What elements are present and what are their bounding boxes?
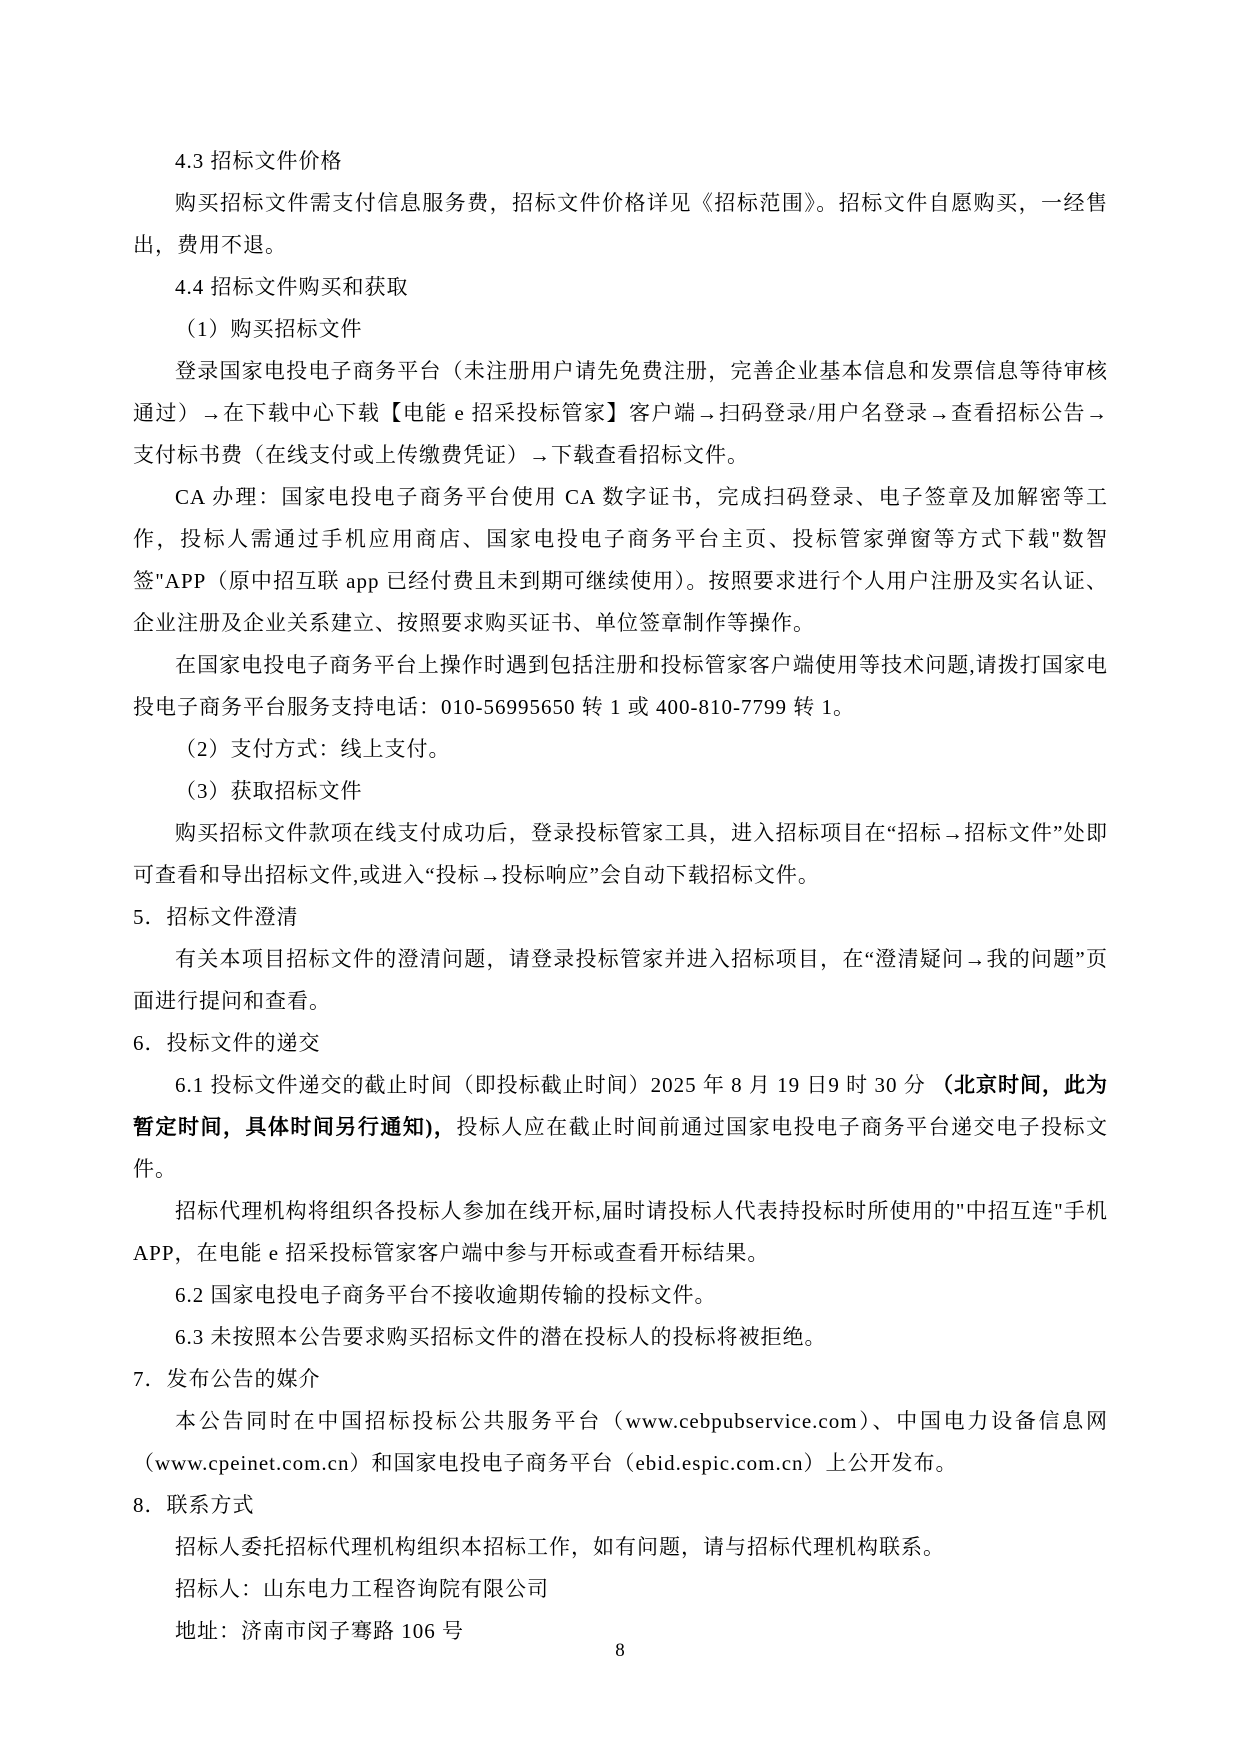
subheading-payment-method: （2）支付方式：线上支付。 bbox=[133, 728, 1108, 770]
para-download-after-payment: 购买招标文件款项在线支付成功后，登录投标管家工具，进入招标项目在“招标→招标文件… bbox=[133, 812, 1108, 896]
para-publication-websites: 本公告同时在中国招标投标公共服务平台（www.cebpubservice.com… bbox=[133, 1400, 1108, 1484]
para-document-price: 购买招标文件需支付信息服务费，招标文件价格详见《招标范围》。招标文件自愿购买，一… bbox=[133, 182, 1108, 266]
para-ca-certificate: CA 办理：国家电投电子商务平台使用 CA 数字证书，完成扫码登录、电子签章及加… bbox=[133, 476, 1108, 644]
heading-5-clarification: 5．招标文件澄清 bbox=[133, 896, 1108, 938]
para-tenderer-name: 招标人：山东电力工程咨询院有限公司 bbox=[133, 1568, 1108, 1610]
para-online-bid-opening: 招标代理机构将组织各投标人参加在线开标,届时请投标人代表持投标时所使用的"中招互… bbox=[133, 1190, 1108, 1274]
para-6-2-late-submission: 6.2 国家电投电子商务平台不接收逾期传输的投标文件。 bbox=[133, 1274, 1108, 1316]
document-page: 4.3 招标文件价格 购买招标文件需支付信息服务费，招标文件价格详见《招标范围》… bbox=[0, 0, 1240, 1754]
para-clarification-questions: 有关本项目招标文件的澄清问题，请登录投标管家并进入招标项目，在“澄清疑问→我的问… bbox=[133, 938, 1108, 1022]
deadline-text-before: 6.1 投标文件递交的截止时间（即投标截止时间）2025 年 8 月 19 日9… bbox=[175, 1073, 932, 1097]
para-support-hotline: 在国家电投电子商务平台上操作时遇到包括注册和投标管家客户端使用等技术问题,请拨打… bbox=[133, 644, 1108, 728]
para-platform-login-steps: 登录国家电投电子商务平台（未注册用户请先免费注册，完善企业基本信息和发票信息等待… bbox=[133, 350, 1108, 476]
heading-4-4: 4.4 招标文件购买和获取 bbox=[133, 266, 1108, 308]
para-submission-deadline: 6.1 投标文件递交的截止时间（即投标截止时间）2025 年 8 月 19 日9… bbox=[133, 1064, 1108, 1190]
heading-6-submission: 6．投标文件的递交 bbox=[133, 1022, 1108, 1064]
heading-4-3: 4.3 招标文件价格 bbox=[133, 140, 1108, 182]
para-agency-contact: 招标人委托招标代理机构组织本招标工作，如有问题，请与招标代理机构联系。 bbox=[133, 1526, 1108, 1568]
heading-8-contact: 8．联系方式 bbox=[133, 1484, 1108, 1526]
para-6-3-rejection: 6.3 未按照本公告要求购买招标文件的潜在投标人的投标将被拒绝。 bbox=[133, 1316, 1108, 1358]
page-number: 8 bbox=[0, 1636, 1240, 1666]
heading-7-media: 7．发布公告的媒介 bbox=[133, 1358, 1108, 1400]
document-body: 4.3 招标文件价格 购买招标文件需支付信息服务费，招标文件价格详见《招标范围》… bbox=[133, 140, 1108, 1652]
subheading-obtain-documents: （3）获取招标文件 bbox=[133, 770, 1108, 812]
subheading-purchase-documents: （1）购买招标文件 bbox=[133, 308, 1108, 350]
